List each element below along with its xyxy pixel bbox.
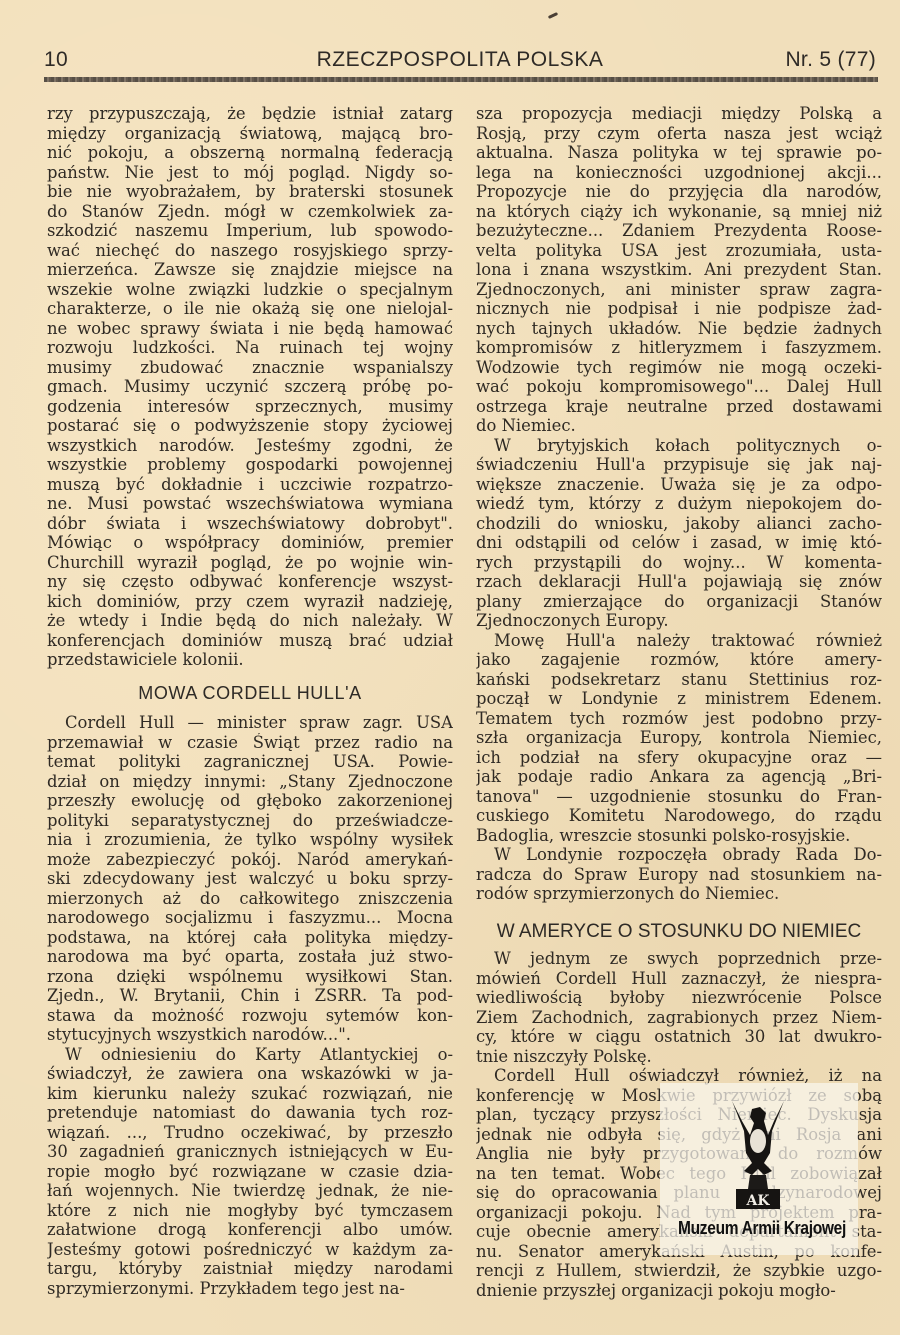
text-line: W jednym ze swych poprzednich prze-: [476, 949, 882, 969]
text-line: sprzymierzonymi. Przykładem tego jest na…: [47, 1279, 453, 1299]
text-line: tanova" — uzgodnienie stosunku do Fran-: [476, 787, 882, 807]
header-rule: [44, 77, 878, 82]
text-line: 30 zagadnień granicznych istniejących w …: [47, 1142, 453, 1162]
text-line: gmach. Musimy uczynić szczerą próbę po-: [47, 377, 453, 397]
text-line: dnienie przyszłej organizacji pokoju mog…: [476, 1281, 882, 1301]
text-line: konferencjach dominiów muszą brać udział: [47, 631, 453, 651]
text-line: przeszły ewolucję od głęboko zakorzenion…: [47, 791, 453, 811]
text-line: plany zmierzające do organizacji Stanów: [476, 592, 882, 612]
text-line: rych przystąpili do wojny... W komenta-: [476, 553, 882, 573]
paragraph: W odniesieniu do Karty Atlantyckiej o-św…: [47, 1045, 453, 1299]
paragraph: W Londynie rozpoczęła obrady Rada Do-rad…: [476, 845, 882, 904]
page-header: 10 RZECZPOSPOLITA POLSKA Nr. 5 (77): [44, 48, 876, 74]
text-line: ski zdecydowany jest walczyć u boku sprz…: [47, 869, 453, 889]
section-title-w-ameryce: W AMERYCE O STOSUNKU DO NIEMIEC: [476, 922, 882, 942]
paragraph: rzy przypuszczają, że będzie istniał zat…: [47, 104, 453, 670]
text-line: cy, które w ciągu ostatnich 30 lat dwukr…: [476, 1027, 882, 1047]
text-line: ne wobec sprawy świata i nie będą hamowa…: [47, 319, 453, 339]
text-line: charakterze, o ile nie okażą się one nie…: [47, 299, 453, 319]
text-line: postarać się o podwyższenie stopy życiow…: [47, 416, 453, 436]
text-line: Churchill wyraził pogląd, że po wojnie w…: [47, 553, 453, 573]
text-line: stawa da możność rozwoju sytemów kon-: [47, 1006, 453, 1026]
text-line: aktualna. Nasza polityka w tej sprawie p…: [476, 143, 882, 163]
text-line: wać pokoju kompromisowego"... Dalej Hull: [476, 377, 882, 397]
ink-mark: [548, 12, 558, 19]
text-line: może zabezpieczyć pokój. Naród amerykań-: [47, 850, 453, 870]
text-line: łań wojennych. Nie twierdzę jednak, że n…: [47, 1181, 453, 1201]
text-line: nić pokoju, a obszerną normalną federacj…: [47, 143, 453, 163]
text-line: kompromisów z hitleryzmem i faszyzmem.: [476, 338, 882, 358]
paragraph: Cordell Hull — minister spraw zagr. USAp…: [47, 713, 453, 1045]
paragraph: Mowę Hull'a należy traktować równieżjako…: [476, 631, 882, 846]
museum-label: Muzeum Armii Krajowej: [667, 1218, 857, 1240]
text-line: począł w Londynie z ministrem Edenem.: [476, 689, 882, 709]
text-line: świadczeniu Hull'a przypisuje się jak na…: [476, 455, 882, 475]
text-line: Zjedn., W. Brytanii, Chin i ZSRR. Ta pod…: [47, 986, 453, 1006]
text-line: Wodzowie tych regimów nie mogą oczeki-: [476, 358, 882, 378]
text-line: musimy zbudować znacznie wspanialszy: [47, 358, 453, 378]
text-line: ny się często odbywać konferencje wszyst…: [47, 572, 453, 592]
text-line: podstawa, na której cała polityka między…: [47, 928, 453, 948]
text-line: mierzeńca. Zawsze się znajdzie miejsce n…: [47, 260, 453, 280]
text-line: W Londynie rozpoczęła obrady Rada Do-: [476, 845, 882, 865]
section-title-mowa-cordell-hulla: MOWA CORDELL HULL'A: [47, 684, 453, 704]
text-line: tnie niszczyły Polskę.: [476, 1047, 882, 1067]
text-line: bezużyteczne... Zdaniem Prezydenta Roose…: [476, 221, 882, 241]
text-line: rencji z Hullem, stwierdził, że szybkie …: [476, 1261, 882, 1281]
ak-emblem-text: AK: [745, 1193, 770, 1209]
text-line: velta polityka USA jest zrozumiała, usta…: [476, 241, 882, 261]
newspaper-page: 10 RZECZPOSPOLITA POLSKA Nr. 5 (77) rzy …: [0, 0, 900, 1335]
text-line: do Niemiec.: [476, 416, 882, 436]
text-line: państw. Nie jest to mój pogląd. Nigdy so…: [47, 163, 453, 183]
text-line: stytucyjnych wszystkich narodów...".: [47, 1025, 453, 1045]
text-line: rodów sprzymierzonych do Niemiec.: [476, 884, 882, 904]
text-line: na których ciąży ich wykonanie, są mniej…: [476, 202, 882, 222]
text-line: przedstawiciele kolonii.: [47, 650, 453, 670]
text-line: lega na konieczności uzgodnionej akcji..…: [476, 163, 882, 183]
text-line: ich podział na sfery okupacyjne oraz —: [476, 748, 882, 768]
text-line: Tematem tych rozmów jest podobno przy-: [476, 709, 882, 729]
text-line: temat polityki zagranicznej USA. Powie-: [47, 752, 453, 772]
paragraph: W jednym ze swych poprzednich prze-mówie…: [476, 949, 882, 1066]
text-line: wszystkich narodów. Jesteśmy zgodni, że: [47, 436, 453, 456]
text-line: wać niechęć do naszego rosyjskiego sprzy…: [47, 241, 453, 261]
museum-watermark: AK Muzeum Armii Krajowej: [660, 1083, 858, 1255]
text-line: do Stanów Zjedn. mógł w czemkolwiek za-: [47, 202, 453, 222]
text-line: ropie mogło być rozwiązane w czasie dzia…: [47, 1162, 453, 1182]
text-line: cuskiego Komitetu Narodowego, do rządu: [476, 806, 882, 826]
text-line: Zjednoczonych Europy.: [476, 611, 882, 631]
text-line: godzenia interesów sprzecznych, musimy: [47, 397, 453, 417]
text-line: rzona dzięki wspólnemu wysiłkowi Stan.: [47, 967, 453, 987]
text-line: rozwoju ludzkości. Na ruinach tej wojny: [47, 338, 453, 358]
text-line: Zjednoczonych, ani minister spraw zagra-: [476, 280, 882, 300]
text-line: między organizacją światową, mającą bro-: [47, 124, 453, 144]
text-line: wszekie wolne związki ludzkie o specjaln…: [47, 280, 453, 300]
text-line: narodowego socjalizmu i faszyzmu... Mocn…: [47, 908, 453, 928]
text-line: Rosją, przy czym oferta nasza jest wciąż: [476, 124, 882, 144]
text-line: bie nie wyobrażałem, by braterski stosun…: [47, 182, 453, 202]
text-line: kich dominiów, przy czem wyraził nadziej…: [47, 592, 453, 612]
text-line: szła organizacja Europy, kontrola Niemie…: [476, 728, 882, 748]
text-line: radcza do Spraw Europy nad stosunkiem na…: [476, 865, 882, 885]
text-line: pretenduje natomiast do dawania tych roz…: [47, 1103, 453, 1123]
text-line: kański podsekretarz stanu Stettinius roz…: [476, 670, 882, 690]
text-line: nia i zrozumienia, że tylko wspólny wysi…: [47, 830, 453, 850]
text-line: nicznych nie podpisał i nie podpisze żad…: [476, 299, 882, 319]
text-line: mierzonych aż do całkowitego zniszczenia: [47, 889, 453, 909]
paragraph: sza propozycja mediacji między Polską aR…: [476, 104, 882, 436]
text-line: które z nich nie mogłyby być tymczasem: [47, 1201, 453, 1221]
text-line: dni odstąpili od celów i zasad, w imię k…: [476, 533, 882, 553]
paragraph: W brytyjskich kołach politycznych o-świa…: [476, 436, 882, 631]
text-line: ne. Musi powstać wszechświatowa wymiana: [47, 494, 453, 514]
text-line: szkodzić naszemu Imperium, lub spowodo-: [47, 221, 453, 241]
text-line: kim kierunku należy szukać rozwiązań, ni…: [47, 1084, 453, 1104]
text-line: świadczył, że zawiera ona wskazówki w ja…: [47, 1064, 453, 1084]
text-line: jako zagajenie rozmów, które amery-: [476, 650, 882, 670]
text-line: Propozycje nie do przyjęcia dla narodów,: [476, 182, 882, 202]
text-line: nych tajnych układów. Nie będzie żadnych: [476, 319, 882, 339]
text-line: W brytyjskich kołach politycznych o-: [476, 436, 882, 456]
text-line: polityki separatystycznej do przeświadcz…: [47, 811, 453, 831]
text-line: wszystkie problemy gospodarki powojennej: [47, 455, 453, 475]
text-line: lona i znana wszystkim. Ani prezydent St…: [476, 260, 882, 280]
text-line: załatwione drogą konferencji albo umów.: [47, 1220, 453, 1240]
text-line: Badoglia, wreszcie stosunki polsko-rosyj…: [476, 826, 882, 846]
text-line: wiedź tym, którzy z dużym niepokojem do-: [476, 494, 882, 514]
text-line: przemawiał w czasie Świąt przez radio na: [47, 733, 453, 753]
text-line: dóbr świata i wszechświatowy dobrobyt".: [47, 514, 453, 534]
text-line: większe znaczenie. Uważa się je za odpo-: [476, 475, 882, 495]
eagle-emblem-icon: AK: [722, 1091, 794, 1211]
text-line: rzach deklaracji Hull'a pojawiają się zn…: [476, 572, 882, 592]
text-line: ostrzega kraje neutralne przed dostawami: [476, 397, 882, 417]
text-line: Mówiąc o współpracy dominiów, premier: [47, 533, 453, 553]
text-line: chodzili do wniosku, jakoby alianci zach…: [476, 514, 882, 534]
text-line: muszą być dokładnie i uczciwie rozpatrzo…: [47, 475, 453, 495]
text-line: Jesteśmy gotowi pośredniczyć w każdym za…: [47, 1240, 453, 1260]
text-line: narodowa ma być oparta, została już stwo…: [47, 947, 453, 967]
text-line: rzy przypuszczają, że będzie istniał zat…: [47, 104, 453, 124]
text-line: dział on między innymi: „Stany Zjednoczo…: [47, 772, 453, 792]
text-line: wiedliwością byłoby niezwrócenie Polsce: [476, 988, 882, 1008]
text-line: sza propozycja mediacji między Polską a: [476, 104, 882, 124]
text-line: mówień Cordell Hull zaznaczył, że niespr…: [476, 969, 882, 989]
publication-title: RZECZPOSPOLITA POLSKA: [44, 48, 876, 72]
text-line: że wtedy i Indie będą do nich należały. …: [47, 611, 453, 631]
text-line: jak podaje radio Ankara za agencją „Bri-: [476, 767, 882, 787]
text-line: Ziem Zachodnich, zagrabionych przez Niem…: [476, 1008, 882, 1028]
text-line: Cordell Hull — minister spraw zagr. USA: [47, 713, 453, 733]
text-line: wiązań. ..., Trudno oczekiwać, by przesz…: [47, 1123, 453, 1143]
text-line: Mowę Hull'a należy traktować również: [476, 631, 882, 651]
left-column: rzy przypuszczają, że będzie istniał zat…: [47, 104, 453, 1298]
text-line: targu, któryby zaistniał między narodami: [47, 1259, 453, 1279]
text-line: W odniesieniu do Karty Atlantyckiej o-: [47, 1045, 453, 1065]
